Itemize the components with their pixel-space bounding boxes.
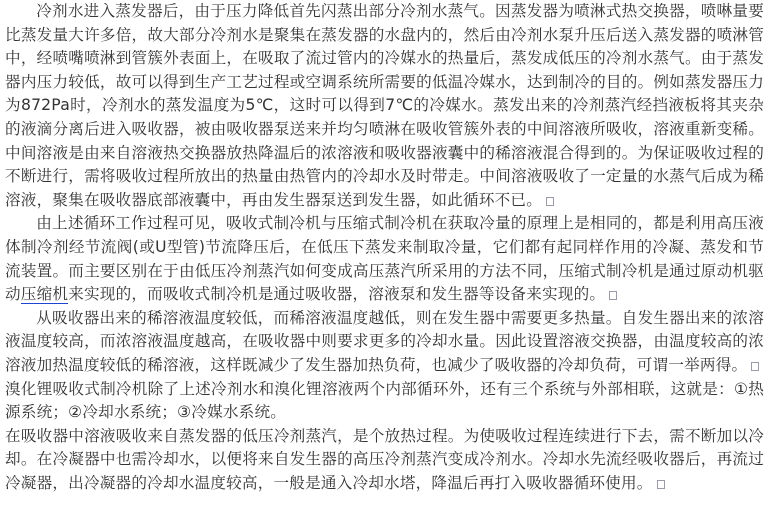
paragraph-text: 冷剂水进入蒸发器后，由于压力降低首先闪蒸出部分冷剂水蒸气。因蒸发器为喷淋式热交换… [5,2,764,209]
paragraph-solution-exchanger: 从吸收器出来的稀溶液温度较低，而稀溶液温度越低，则在发生器中需要更多热量。自发生… [5,307,764,378]
missing-glyph-box-icon [657,480,665,489]
paragraph-text: 溴化锂吸收式制冷机除了上述冷剂水和溴化锂溶液两个内部循环外，还有三个系统与外部相… [5,380,764,422]
missing-glyph-box-icon [751,362,759,371]
paragraph-cycle-comparison: 由上述循环工作过程可见，吸收式制冷机与压缩式制冷机在获取冷量的原理上是相同的，都… [5,212,764,306]
compressor-link[interactable]: 压缩机 [21,285,68,304]
paragraph-external-systems: 溴化锂吸收式制冷机除了上述冷剂水和溴化锂溶液两个内部循环外，还有三个系统与外部相… [5,378,764,425]
article-body: 冷剂水进入蒸发器后，由于压力降低首先闪蒸出部分冷剂水蒸气。因蒸发器为喷淋式热交换… [0,0,770,495]
paragraph-text: 来实现的，而吸收式制冷机是通过吸收器，溶液泵和发生器等设备来实现的。 [68,285,605,303]
paragraph-text: 从吸收器出来的稀溶液温度较低，而稀溶液温度越低，则在发生器中需要更多热量。自发生… [5,309,764,374]
missing-glyph-box-icon [609,291,617,300]
paragraph-evaporator: 冷剂水进入蒸发器后，由于压力降低首先闪蒸出部分冷剂水蒸气。因蒸发器为喷淋式热交换… [5,0,764,212]
paragraph-text: 在吸收器中溶液吸收来自蒸发器的低压冷剂蒸汽，是个放热过程。为使吸收过程连续进行下… [5,427,764,492]
missing-glyph-box-icon [546,197,554,206]
paragraph-cooling-water: 在吸收器中溶液吸收来自蒸发器的低压冷剂蒸汽，是个放热过程。为使吸收过程连续进行下… [5,425,764,496]
